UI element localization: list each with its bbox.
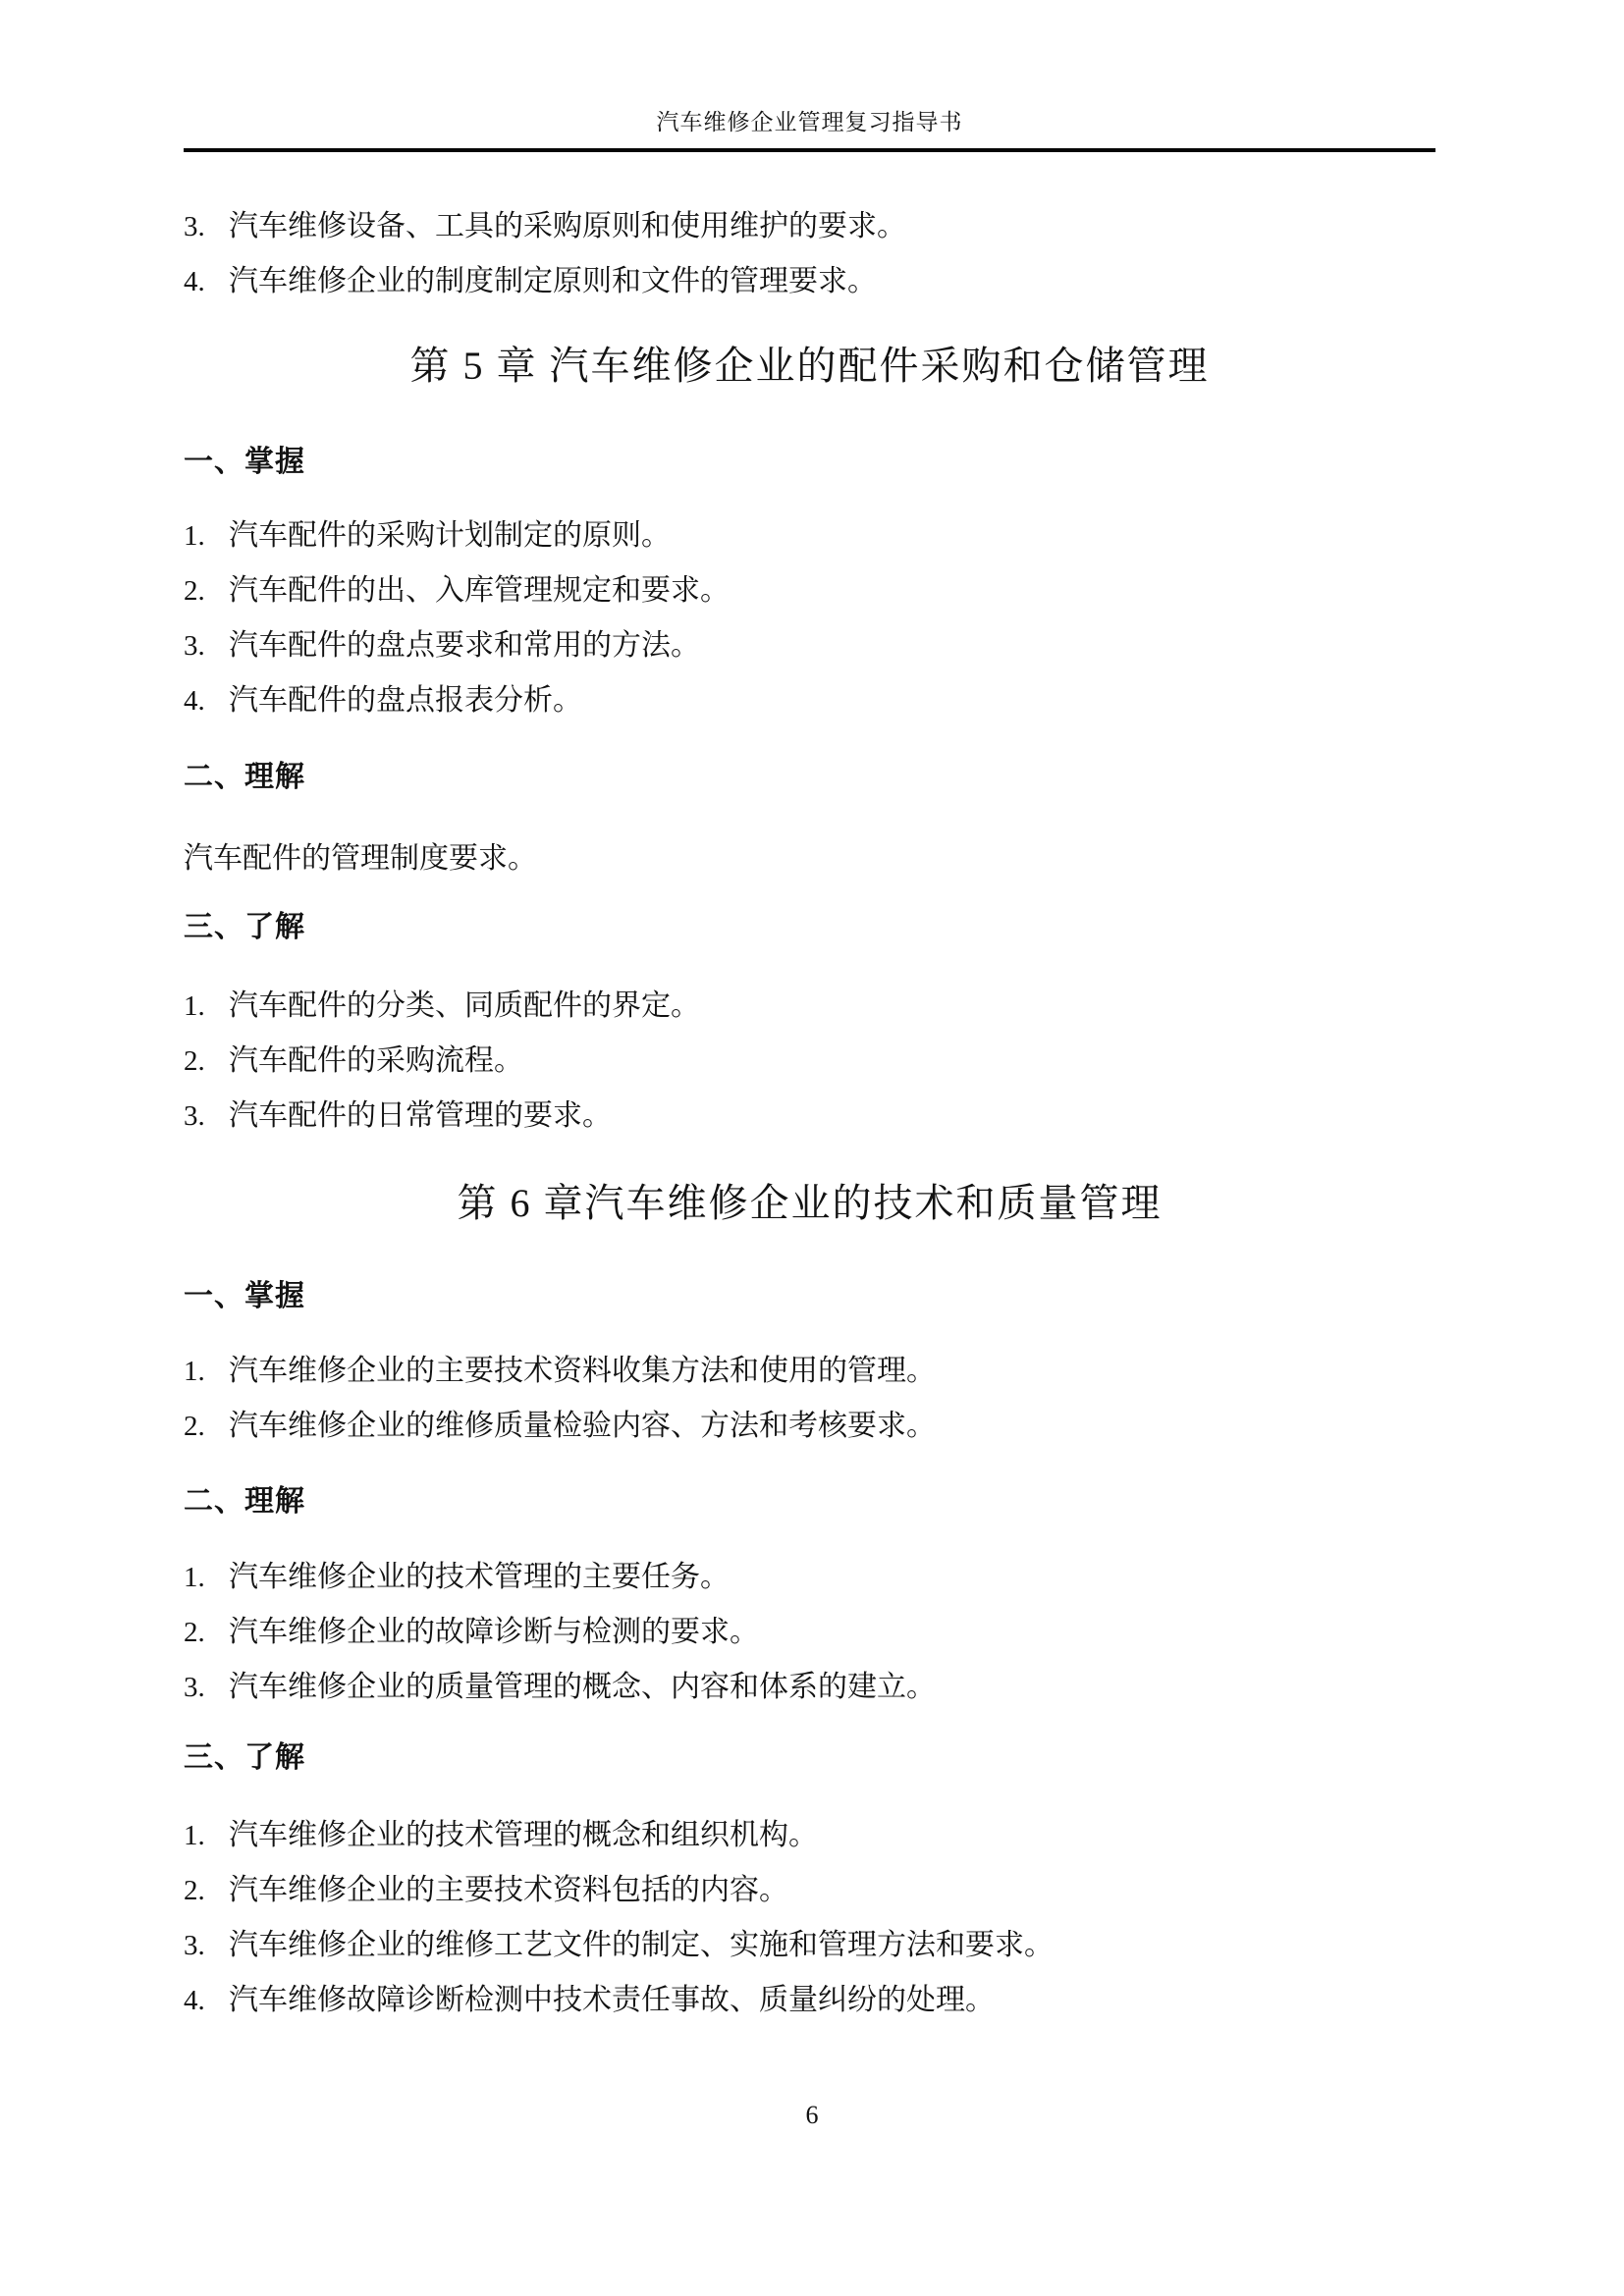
list-item: 3.汽车维修企业的维修工艺文件的制定、实施和管理方法和要求。 [184,1918,1435,1973]
list-item: 3.汽车配件的日常管理的要求。 [184,1089,1435,1144]
list-item: 2.汽车维修企业的故障诊断与检测的要求。 [184,1605,1435,1660]
list-item: 1.汽车配件的分类、同质配件的界定。 [184,979,1435,1034]
header-rule [184,148,1435,152]
chapter6-title: 第 6 章汽车维修企业的技术和质量管理 [184,1179,1435,1228]
ch6-master-heading: 一、掌握 [184,1281,1435,1312]
ch6-master-list: 1.汽车维修企业的主要技术资料收集方法和使用的管理。 2.汽车维修企业的维修质量… [184,1344,1435,1454]
list-item-number: 2. [184,1606,229,1660]
document-page: 汽车维修企业管理复习指导书 3.汽车维修设备、工具的采购原则和使用维护的要求。 … [0,0,1624,2296]
ch6-understand-list: 1.汽车维修企业的技术管理的主要任务。 2.汽车维修企业的故障诊断与检测的要求。… [184,1550,1435,1715]
ch5-understand-heading: 二、理解 [184,762,1435,793]
list-item-text: 汽车配件的出、入库管理规定和要求。 [229,574,730,607]
list-item-number: 4. [184,674,229,728]
list-item-number: 2. [184,1400,229,1454]
list-item-text: 汽车配件的盘点要求和常用的方法。 [229,629,700,662]
intro-list: 3.汽车维修设备、工具的采购原则和使用维护的要求。 4.汽车维修企业的制度制定原… [184,199,1435,309]
ch5-master-heading: 一、掌握 [184,447,1435,478]
list-item-number: 3. [184,1661,229,1715]
list-item: 4.汽车维修故障诊断检测中技术责任事故、质量纠纷的处理。 [184,1973,1435,2028]
list-item: 4.汽车配件的盘点报表分析。 [184,673,1435,728]
list-item: 2.汽车维修企业的主要技术资料包括的内容。 [184,1863,1435,1918]
list-item-text: 汽车维修企业的制度制定原则和文件的管理要求。 [229,265,877,297]
list-item-text: 汽车维修企业的主要技术资料包括的内容。 [229,1874,788,1906]
list-item-text: 汽车配件的日常管理的要求。 [229,1099,612,1132]
list-item: 2.汽车配件的出、入库管理规定和要求。 [184,563,1435,618]
list-item-text: 汽车维修企业的主要技术资料收集方法和使用的管理。 [229,1355,936,1387]
ch6-know-list: 1.汽车维修企业的技术管理的概念和组织机构。 2.汽车维修企业的主要技术资料包括… [184,1808,1435,2028]
list-item-text: 汽车维修企业的维修工艺文件的制定、实施和管理方法和要求。 [229,1929,1054,1961]
page-header-title: 汽车维修企业管理复习指导书 [184,110,1435,135]
list-item-text: 汽车维修企业的技术管理的概念和组织机构。 [229,1819,818,1851]
list-item-number: 2. [184,1864,229,1918]
list-item-number: 3. [184,1090,229,1144]
list-item-number: 3. [184,200,229,254]
ch6-know-heading: 三、了解 [184,1742,1435,1774]
ch5-know-list: 1.汽车配件的分类、同质配件的界定。 2.汽车配件的采购流程。 3.汽车配件的日… [184,979,1435,1144]
ch5-know-heading: 三、了解 [184,912,1435,943]
list-item-text: 汽车配件的分类、同质配件的界定。 [229,989,700,1022]
list-item-text: 汽车维修企业的技术管理的主要任务。 [229,1561,730,1593]
list-item-text: 汽车维修企业的故障诊断与检测的要求。 [229,1616,759,1648]
list-item: 2.汽车维修企业的维修质量检验内容、方法和考核要求。 [184,1399,1435,1454]
list-item-text: 汽车配件的采购流程。 [229,1044,523,1077]
ch5-understand-paragraph: 汽车配件的管理制度要求。 [184,831,1435,885]
list-item-text: 汽车维修设备、工具的采购原则和使用维护的要求。 [229,210,906,242]
list-item-number: 2. [184,564,229,618]
list-item: 1.汽车维修企业的技术管理的概念和组织机构。 [184,1808,1435,1863]
list-item: 4.汽车维修企业的制度制定原则和文件的管理要求。 [184,254,1435,309]
list-item: 1.汽车维修企业的技术管理的主要任务。 [184,1550,1435,1605]
list-item-text: 汽车维修企业的质量管理的概念、内容和体系的建立。 [229,1671,936,1703]
list-item-number: 1. [184,1345,229,1399]
list-item-text: 汽车配件的采购计划制定的原则。 [229,519,671,552]
list-item: 3.汽车维修设备、工具的采购原则和使用维护的要求。 [184,199,1435,254]
page-number: 6 [0,2102,1624,2129]
chapter5-title: 第 5 章 汽车维修企业的配件采购和仓储管理 [184,342,1435,391]
list-item-number: 1. [184,509,229,563]
list-item-number: 4. [184,1974,229,2028]
list-item: 3.汽车配件的盘点要求和常用的方法。 [184,618,1435,673]
list-item-number: 4. [184,255,229,309]
list-item-text: 汽车维修企业的维修质量检验内容、方法和考核要求。 [229,1410,936,1442]
list-item-number: 2. [184,1035,229,1089]
list-item: 3.汽车维修企业的质量管理的概念、内容和体系的建立。 [184,1660,1435,1715]
list-item-number: 3. [184,1919,229,1973]
list-item: 2.汽车配件的采购流程。 [184,1034,1435,1089]
list-item-number: 3. [184,619,229,673]
list-item-number: 1. [184,1551,229,1605]
list-item-number: 1. [184,980,229,1034]
list-item: 1.汽车维修企业的主要技术资料收集方法和使用的管理。 [184,1344,1435,1399]
list-item-number: 1. [184,1809,229,1863]
ch6-understand-heading: 二、理解 [184,1486,1435,1518]
list-item: 1.汽车配件的采购计划制定的原则。 [184,508,1435,563]
list-item-text: 汽车配件的盘点报表分析。 [229,684,582,717]
list-item-text: 汽车维修故障诊断检测中技术责任事故、质量纠纷的处理。 [229,1984,995,2016]
ch5-master-list: 1.汽车配件的采购计划制定的原则。 2.汽车配件的出、入库管理规定和要求。 3.… [184,508,1435,728]
